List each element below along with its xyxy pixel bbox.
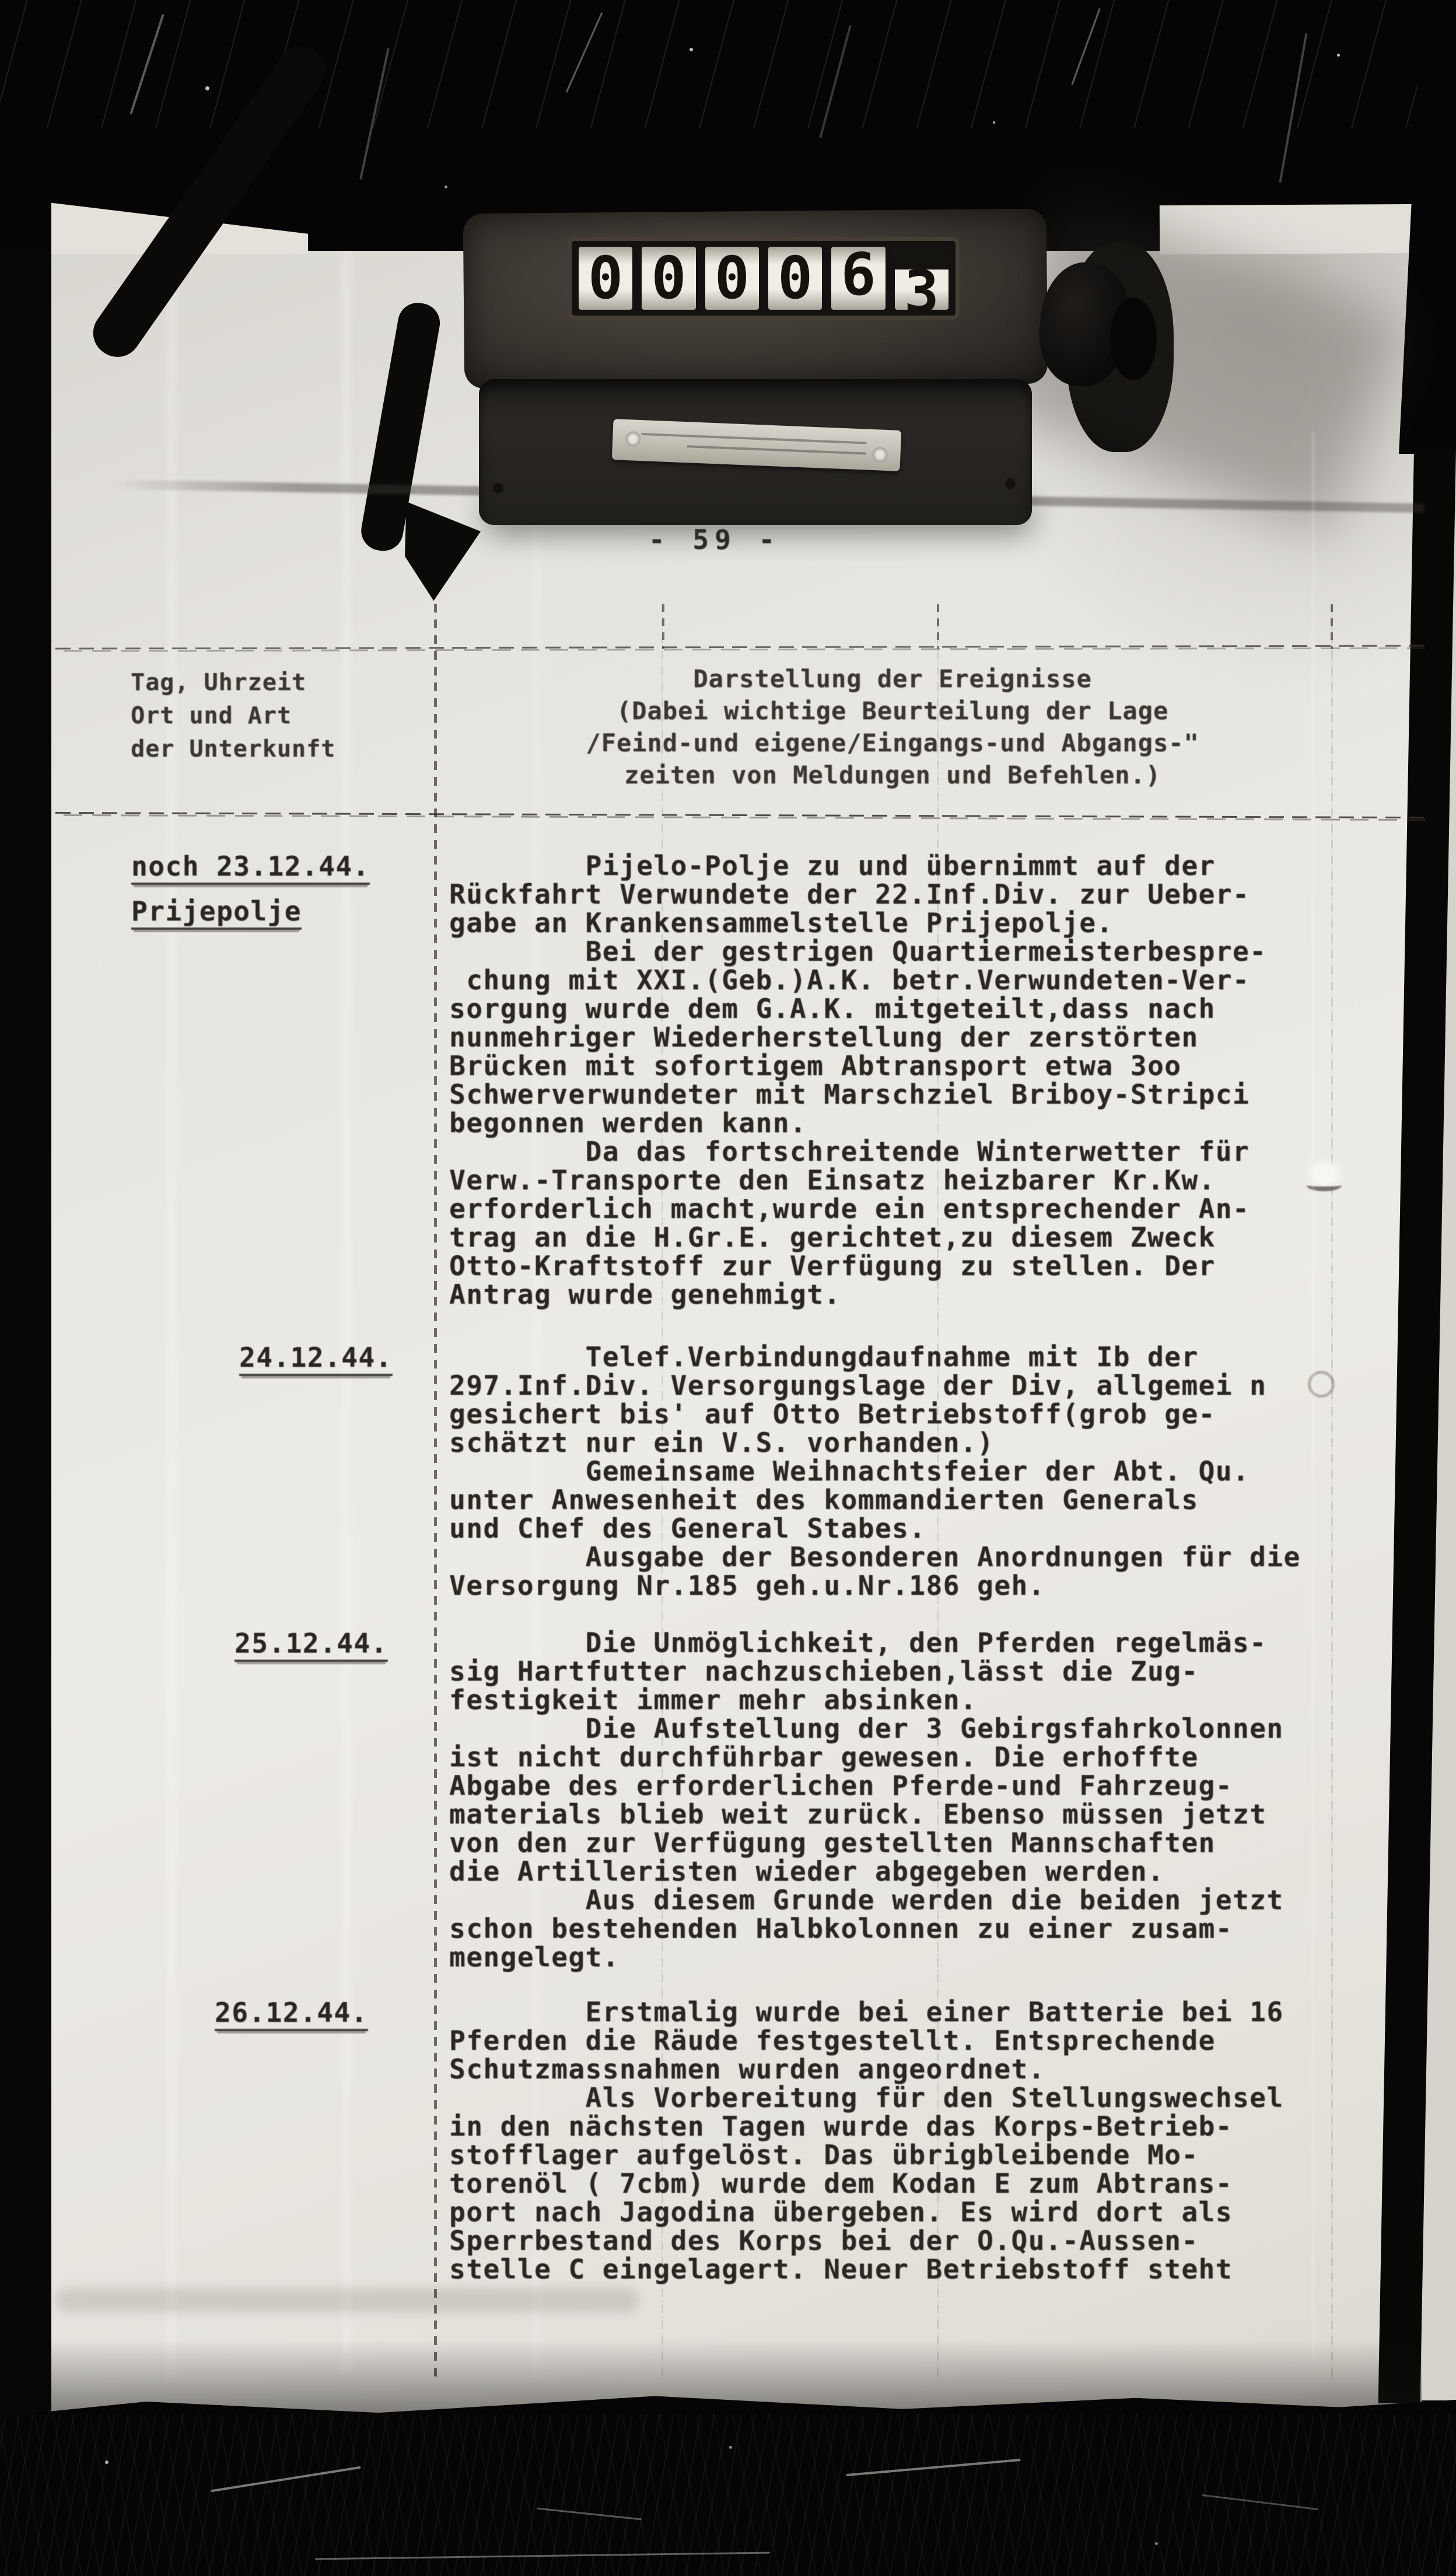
entry-text-line: port nach Jagodina übergeben. Es wird do…	[449, 2198, 1417, 2227]
entry-date: 25.12.44.	[235, 1630, 388, 1662]
entry-text-line: und Chef des General Stabes.	[449, 1514, 1417, 1543]
counter-case-screw	[493, 483, 503, 494]
entry-text-line: Verw.-Transporte den Einsatz heizbarer K…	[449, 1166, 1417, 1195]
entry-text-line: Pferden die Räude festgestellt. Entsprec…	[449, 2027, 1417, 2055]
counter-digit: 0	[705, 247, 759, 310]
entry-text-line: Schwerverwundeter mit Marschziel Briboy-…	[449, 1080, 1417, 1109]
entry-text-line: 297.Inf.Div. Versorgungslage der Div, al…	[449, 1371, 1417, 1400]
counter-digit: 0	[642, 247, 695, 310]
entry-text-line: Als Vorbereitung für den Stellungswechse…	[449, 2084, 1417, 2112]
entry-text: Die Unmöglichkeit, den Pferden regelmäs-…	[449, 1629, 1417, 1972]
table-column-separator	[434, 604, 437, 2380]
entry-text-line: unter Anwesenheit des kommandierten Gene…	[449, 1486, 1417, 1514]
entry-text-line: schätzt nur ein V.S. vorhanden.)	[449, 1429, 1417, 1457]
dust-speck	[689, 48, 693, 51]
entry-text: Pijelo-Polje zu und übernimmt auf derRüc…	[449, 852, 1417, 1309]
entry-text-line: gesichert bis' auf Otto Betriebstoff(gro…	[449, 1400, 1417, 1429]
counter-digit: 0	[768, 247, 822, 310]
counter-knob-tip	[1110, 297, 1157, 380]
entry-text-line: chung mit XXI.(Geb.)A.K. betr.Verwundete…	[449, 966, 1417, 995]
entry-text-line: Die Aufstellung der 3 Gebirgsfahrkolonne…	[449, 1714, 1417, 1743]
dust-speck	[729, 2446, 732, 2449]
entry-text-line: mengelegt.	[449, 1943, 1417, 1972]
table-header-left-column: Tag, UhrzeitOrt und Artder Unterkunft	[131, 666, 335, 766]
page-number: - 59 -	[630, 524, 799, 555]
entry-text-line: Erstmalig wurde bei einer Batterie bei 1…	[449, 1998, 1417, 2027]
entry-text-line: ist nicht durchführbar gewesen. Die erho…	[449, 1743, 1417, 1772]
film-scratch-texture	[0, 2414, 1456, 2576]
header-line: Ort und Art	[131, 699, 335, 733]
counter-digit-window: 000063	[568, 237, 960, 320]
dust-speck	[993, 121, 995, 124]
paper-smudge	[55, 2288, 639, 2312]
entry-date: 24.12.44.	[239, 1344, 393, 1376]
header-line: zeiten von Meldungen und Befehlen.)	[449, 759, 1336, 791]
entry-text-line: stelle C eingelagert. Neuer Betriebstoff…	[449, 2255, 1417, 2284]
column-tick-mark	[937, 604, 939, 649]
entry-text-line: Antrag wurde genehmigt.	[449, 1280, 1417, 1309]
header-line: Tag, Uhrzeit	[131, 666, 335, 699]
entry-text-line: gabe an Krankensammelstelle Prijepolje.	[449, 909, 1417, 937]
dust-speck	[1337, 54, 1340, 57]
entry-text-line: Die Unmöglichkeit, den Pferden regelmäs-	[449, 1629, 1417, 1657]
entry-date-label: 25.12.44.	[235, 1630, 388, 1675]
entry-date: 26.12.44.	[215, 1999, 368, 2031]
nameplate-screw	[872, 447, 888, 463]
header-line: /Feind-und eigene/Eingangs-und Abgangs-"	[449, 727, 1336, 759]
entry-text-line: materials blieb weit zurück. Ebenso müss…	[449, 1800, 1417, 1829]
entry-date: Prijepolje	[131, 898, 302, 930]
crescent-mark-artifact	[1307, 1179, 1342, 1191]
entry-date: noch 23.12.44.	[131, 853, 370, 885]
entry-text-line: begonnen werden kann.	[449, 1109, 1417, 1137]
tally-counter-device: 000063	[464, 209, 1047, 518]
entry-text-line: torenöl ( 7cbm) wurde dem Kodan E zum Ab…	[449, 2169, 1417, 2198]
entry-text-line: Aus diesem Grunde werden die beiden jetz…	[449, 1886, 1417, 1915]
counter-digit: 0	[579, 247, 632, 310]
entry-text-line: nunmehriger Wiederherstellung der zerstö…	[449, 1023, 1417, 1052]
entry-text-line: sorgung wurde dem G.A.K. mitgeteilt,dass…	[449, 995, 1417, 1023]
counter-digit: 3	[895, 247, 949, 310]
entry-text-line: Versorgung Nr.185 geh.u.Nr.186 geh.	[449, 1571, 1417, 1600]
nameplate-screw	[625, 431, 641, 447]
microfilm-scan-page: 000063 - 59 - Tag, UhrzeitOrt und Artder…	[0, 0, 1456, 2576]
entry-text-line: Brücken mit sofortigem Abtransport etwa …	[449, 1052, 1417, 1080]
entry-text-line: schon bestehenden Halbkolonnen zu einer …	[449, 1915, 1417, 1943]
column-tick-mark	[662, 604, 664, 649]
entry-text-line: Otto-Kraftstoff zur Verfügung zu stellen…	[449, 1252, 1417, 1280]
paper-crease-line	[342, 204, 351, 2374]
entry-text: Telef.Verbindungdaufnahme mit Ib der297.…	[449, 1343, 1417, 1600]
entry-date-label: 26.12.44.	[215, 1999, 368, 2044]
entry-text-line: in den nächsten Tagen wurde das Korps-Be…	[449, 2112, 1417, 2141]
header-line: (Dabei wichtige Beurteilung der Lage	[449, 695, 1336, 727]
table-header-right-column: Darstellung der Ereignisse(Dabei wichtig…	[449, 663, 1336, 791]
entry-date-label: 24.12.44.	[239, 1344, 393, 1389]
dust-speck	[444, 185, 447, 188]
entry-date-label: noch 23.12.44.Prijepolje	[131, 853, 370, 943]
entry-text-line: Rückfahrt Verwundete der 22.Inf.Div. zur…	[449, 880, 1417, 909]
ring-mark-artifact	[1308, 1371, 1335, 1398]
dust-speck	[205, 86, 209, 90]
entry-text-line: Sperrbestand des Korps bei der O.Qu.-Aus…	[449, 2227, 1417, 2255]
entry-text-line: Schutzmassnahmen wurden angeordnet.	[449, 2055, 1417, 2084]
dust-speck	[1155, 2542, 1158, 2545]
entry-text: Erstmalig wurde bei einer Batterie bei 1…	[449, 1998, 1417, 2284]
entry-text-line: sig Hartfutter nachzuschieben,lässt die …	[449, 1657, 1417, 1686]
entry-text-line: die Artilleristen wieder abgegeben werde…	[449, 1857, 1417, 1886]
header-line: der Unterkunft	[131, 733, 335, 766]
counter-digit: 6	[831, 247, 885, 310]
entry-text-line: Ausgabe der Besonderen Anordnungen für d…	[449, 1543, 1417, 1571]
dust-speck	[105, 2460, 108, 2464]
entry-text-line: trag an die H.Gr.E. gerichtet,zu diesem …	[449, 1223, 1417, 1252]
entry-text-line: erforderlich macht,wurde ein entsprechen…	[449, 1195, 1417, 1223]
entry-text-line: Pijelo-Polje zu und übernimmt auf der	[449, 852, 1417, 880]
entry-text-line: stofflager aufgelöst. Das übrigbleibende…	[449, 2141, 1417, 2169]
column-tick-mark	[1331, 604, 1333, 649]
entry-text-line: von den zur Verfügung gestellten Mannsch…	[449, 1829, 1417, 1857]
entry-text-line: Abgabe des erforderlichen Pferde-und Fah…	[449, 1772, 1417, 1800]
film-scratch-texture	[0, 0, 1456, 128]
entry-text-line: festigkeit immer mehr absinken.	[449, 1686, 1417, 1714]
right-margin-fold-line	[1312, 432, 1314, 2362]
film-border-bottom	[0, 2390, 1456, 2576]
entry-text-line: Bei der gestrigen Quartiermeisterbespre-	[449, 937, 1417, 966]
counter-case-screw	[1005, 478, 1016, 489]
entry-text-line: Da das fortschreitende Winterwetter für	[449, 1137, 1417, 1166]
header-line: Darstellung der Ereignisse	[449, 663, 1336, 695]
paper-crease-line	[167, 204, 176, 2380]
entry-text-line: Gemeinsame Weihnachtsfeier der Abt. Qu.	[449, 1457, 1417, 1486]
entry-text-line: Telef.Verbindungdaufnahme mit Ib der	[449, 1343, 1417, 1371]
